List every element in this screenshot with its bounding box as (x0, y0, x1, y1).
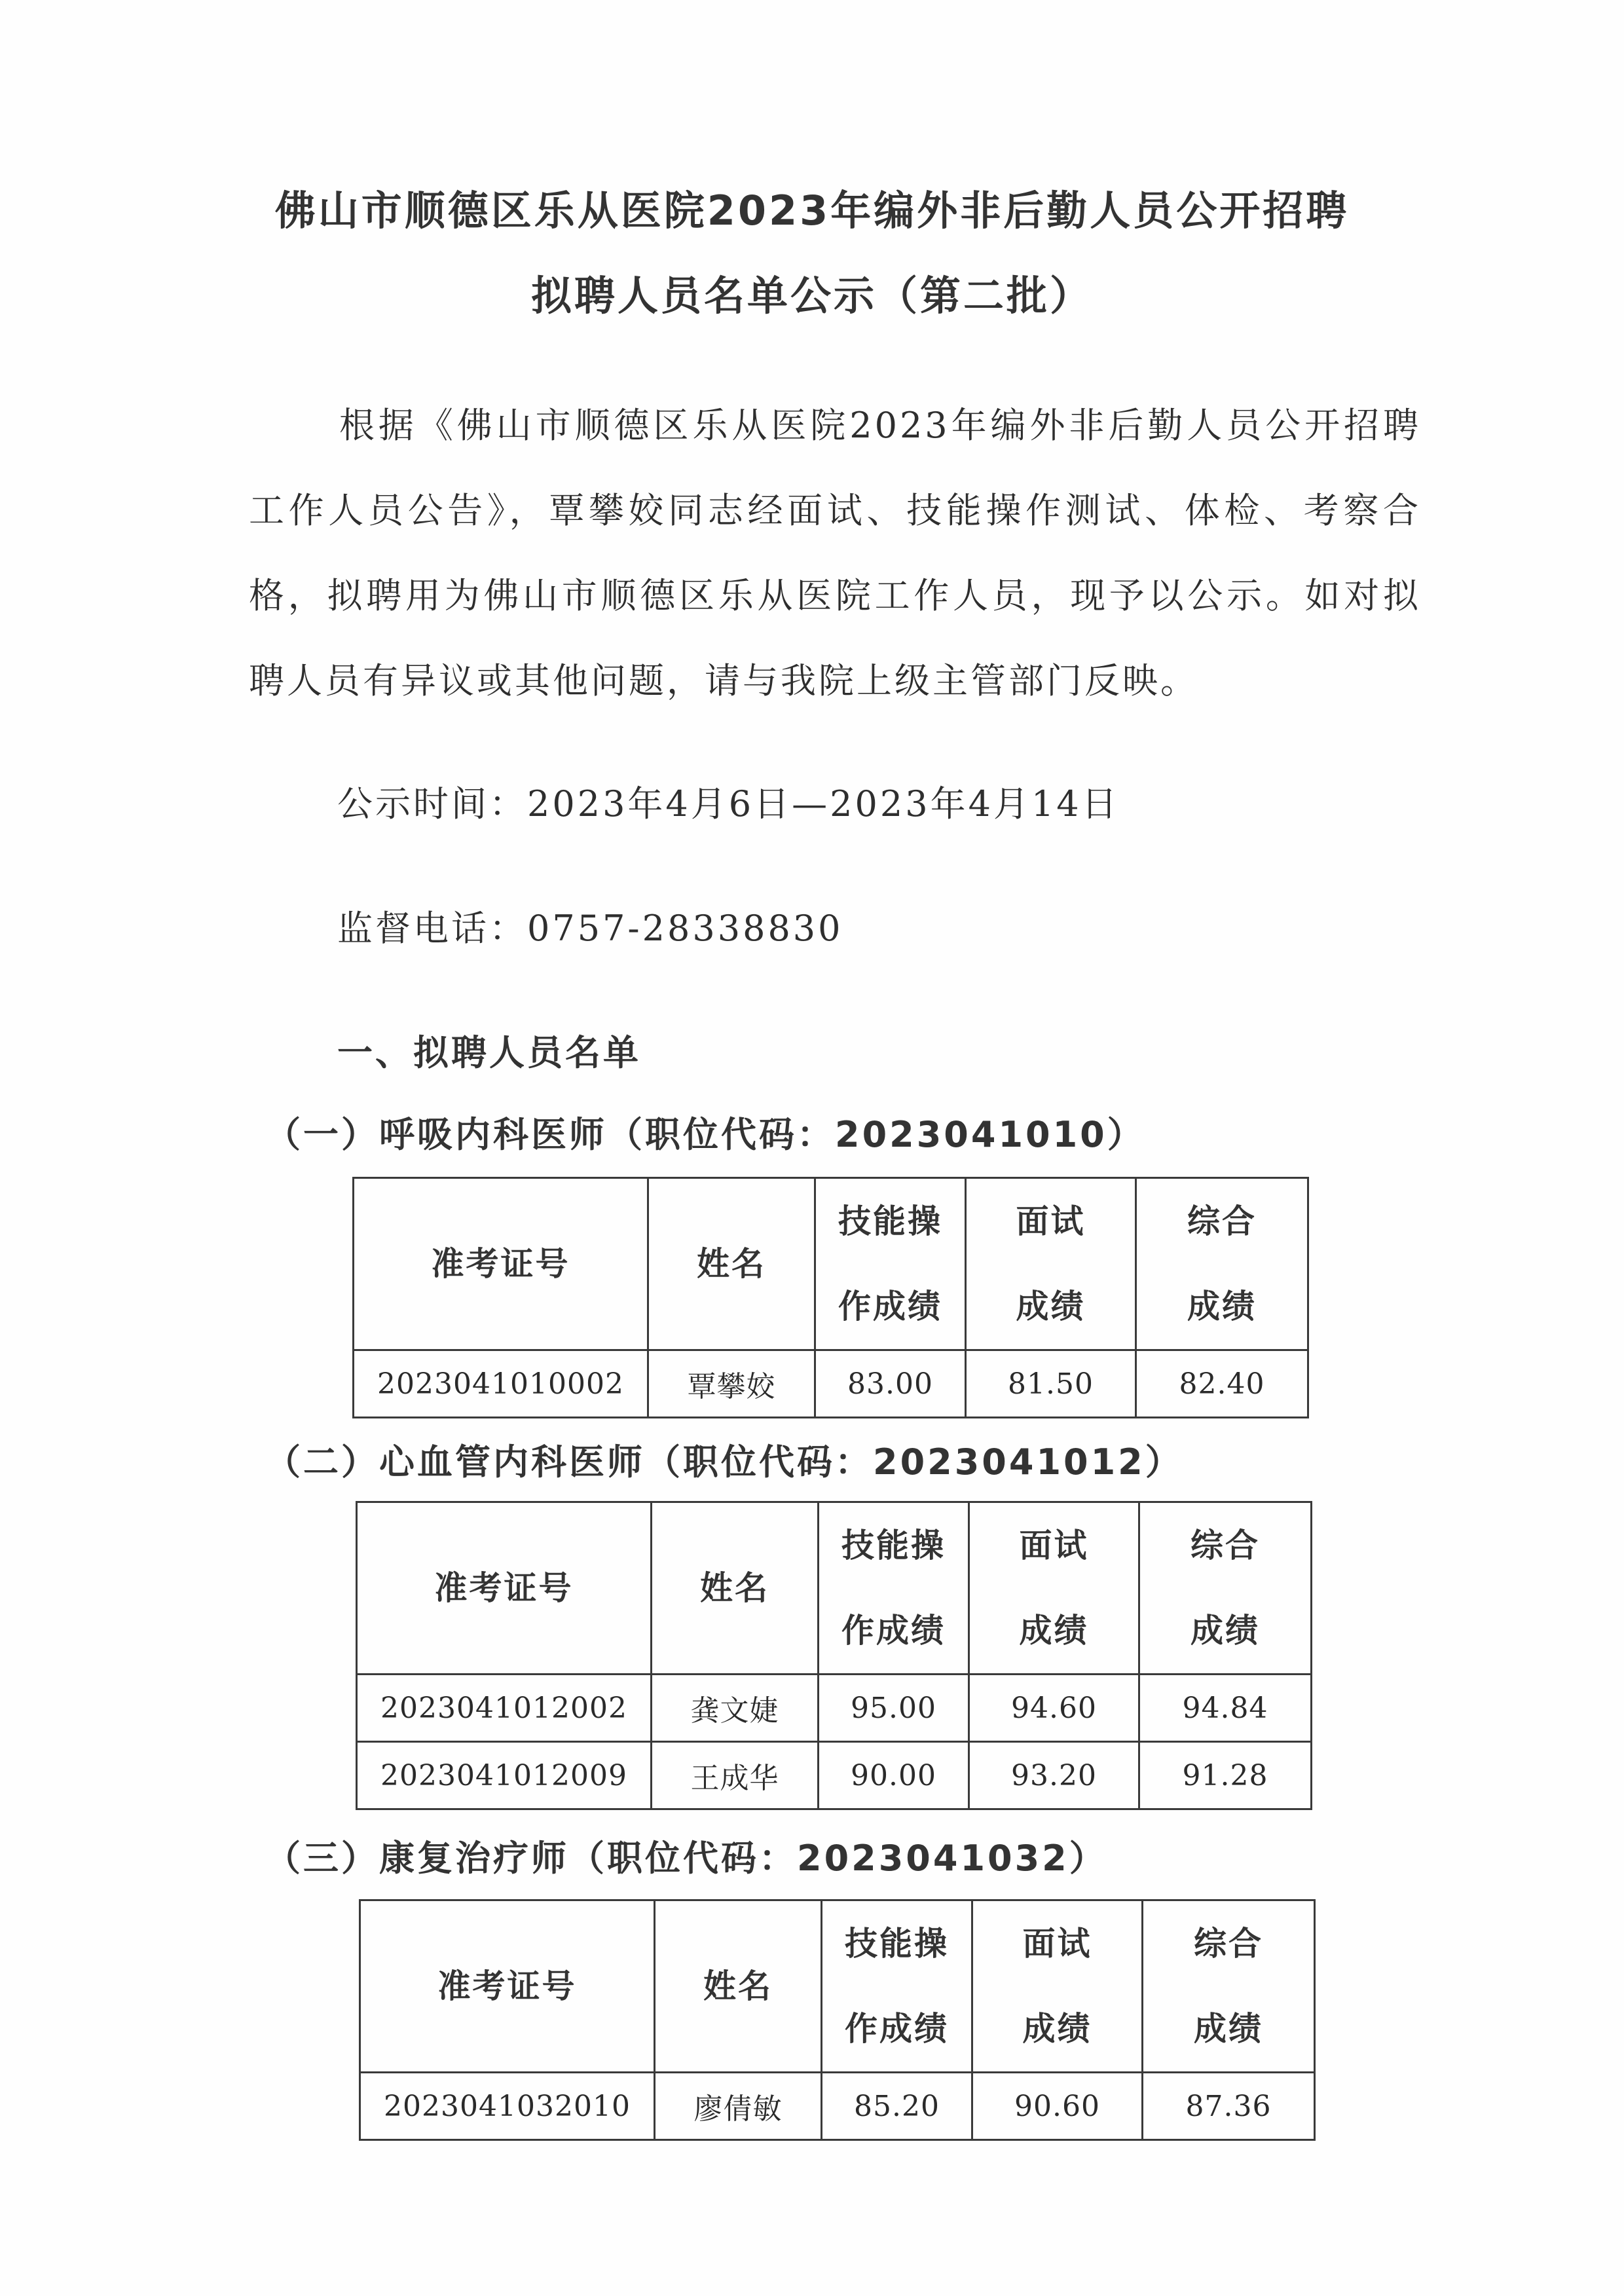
header-name: 姓名 (655, 1900, 822, 2073)
cell-exam-id: 2023041010002 (354, 1350, 648, 1418)
cell-name: 龚文婕 (652, 1675, 819, 1742)
supervision-phone-value: 0757-28338830 (527, 908, 843, 949)
header-exam-id: 准考证号 (360, 1900, 655, 2073)
document-title-line-1: 佛山市顺德区乐从医院2023年编外非后勤人员公开招聘 (0, 178, 1624, 236)
cell-exam-id: 2023041012009 (357, 1742, 652, 1809)
table-row: 2023041032010 廖倩敏 85.20 90.60 87.36 (360, 2073, 1315, 2140)
table-row: 2023041012002 龚文婕 95.00 94.60 94.84 (357, 1675, 1312, 1742)
grades-table-1: 准考证号 姓名 技能操作成绩 面试成绩 综合成绩 2023041010002 覃… (352, 1177, 1309, 1418)
section-heading: 一、拟聘人员名单 (337, 1025, 641, 1075)
table-header-row: 准考证号 姓名 技能操作成绩 面试成绩 综合成绩 (360, 1900, 1315, 2073)
group-heading-2: （二）心血管内科医师（职位代码：2023041012） (265, 1434, 1183, 1485)
document-title-line-2: 拟聘人员名单公示（第二批） (0, 263, 1624, 322)
header-total-score: 综合成绩 (1136, 1178, 1308, 1350)
body-paragraph-text: 根据《佛山市顺德区乐从医院2023年编外非后勤人员公开招聘工作人员公告》，覃攀姣… (249, 405, 1421, 701)
header-skill-score: 技能操作成绩 (819, 1502, 969, 1675)
cell-skill-score: 83.00 (815, 1350, 966, 1418)
publicity-period-value: 2023年4月6日—2023年4月14日 (527, 783, 1120, 824)
header-exam-id: 准考证号 (357, 1502, 652, 1675)
cell-name: 王成华 (652, 1742, 819, 1809)
header-name: 姓名 (648, 1178, 815, 1350)
cell-total-score: 82.40 (1136, 1350, 1308, 1418)
cell-total-score: 87.36 (1143, 2073, 1315, 2140)
cell-exam-id: 2023041032010 (360, 2073, 655, 2140)
document-page: 佛山市顺德区乐从医院2023年编外非后勤人员公开招聘 拟聘人员名单公示（第二批）… (0, 0, 1624, 2296)
supervision-phone: 监督电话：0757-28338830 (337, 900, 843, 951)
table-row: 2023041012009 王成华 90.00 93.20 91.28 (357, 1742, 1312, 1809)
cell-total-score: 94.84 (1139, 1675, 1312, 1742)
body-paragraph: 根据《佛山市顺德区乐从医院2023年编外非后勤人员公开招聘工作人员公告》，覃攀姣… (249, 383, 1421, 724)
header-interview-score: 面试成绩 (969, 1502, 1139, 1675)
cell-skill-score: 90.00 (819, 1742, 969, 1809)
group-heading-1: （一）呼吸内科医师（职位代码：2023041010） (265, 1107, 1145, 1157)
header-name: 姓名 (652, 1502, 819, 1675)
cell-interview-score: 90.60 (972, 2073, 1143, 2140)
header-skill-score: 技能操作成绩 (822, 1900, 972, 2073)
cell-name: 覃攀姣 (648, 1350, 815, 1418)
header-total-score: 综合成绩 (1143, 1900, 1315, 2073)
table-header-row: 准考证号 姓名 技能操作成绩 面试成绩 综合成绩 (357, 1502, 1312, 1675)
header-skill-score: 技能操作成绩 (815, 1178, 966, 1350)
cell-name: 廖倩敏 (655, 2073, 822, 2140)
header-interview-score: 面试成绩 (966, 1178, 1136, 1350)
publicity-period: 公示时间：2023年4月6日—2023年4月14日 (337, 776, 1120, 826)
cell-skill-score: 85.20 (822, 2073, 972, 2140)
header-total-score: 综合成绩 (1139, 1502, 1312, 1675)
header-interview-score: 面试成绩 (972, 1900, 1143, 2073)
group-heading-3: （三）康复治疗师（职位代码：2023041032） (265, 1830, 1107, 1881)
cell-total-score: 91.28 (1139, 1742, 1312, 1809)
grades-table-3: 准考证号 姓名 技能操作成绩 面试成绩 综合成绩 2023041032010 廖… (359, 1899, 1316, 2141)
cell-interview-score: 93.20 (969, 1742, 1139, 1809)
table-row: 2023041010002 覃攀姣 83.00 81.50 82.40 (354, 1350, 1308, 1418)
cell-interview-score: 94.60 (969, 1675, 1139, 1742)
supervision-phone-label: 监督电话： (337, 908, 527, 949)
grades-table-2: 准考证号 姓名 技能操作成绩 面试成绩 综合成绩 2023041012002 龚… (356, 1501, 1312, 1810)
cell-skill-score: 95.00 (819, 1675, 969, 1742)
cell-interview-score: 81.50 (966, 1350, 1136, 1418)
publicity-period-label: 公示时间： (337, 783, 527, 824)
cell-exam-id: 2023041012002 (357, 1675, 652, 1742)
header-exam-id: 准考证号 (354, 1178, 648, 1350)
table-header-row: 准考证号 姓名 技能操作成绩 面试成绩 综合成绩 (354, 1178, 1308, 1350)
